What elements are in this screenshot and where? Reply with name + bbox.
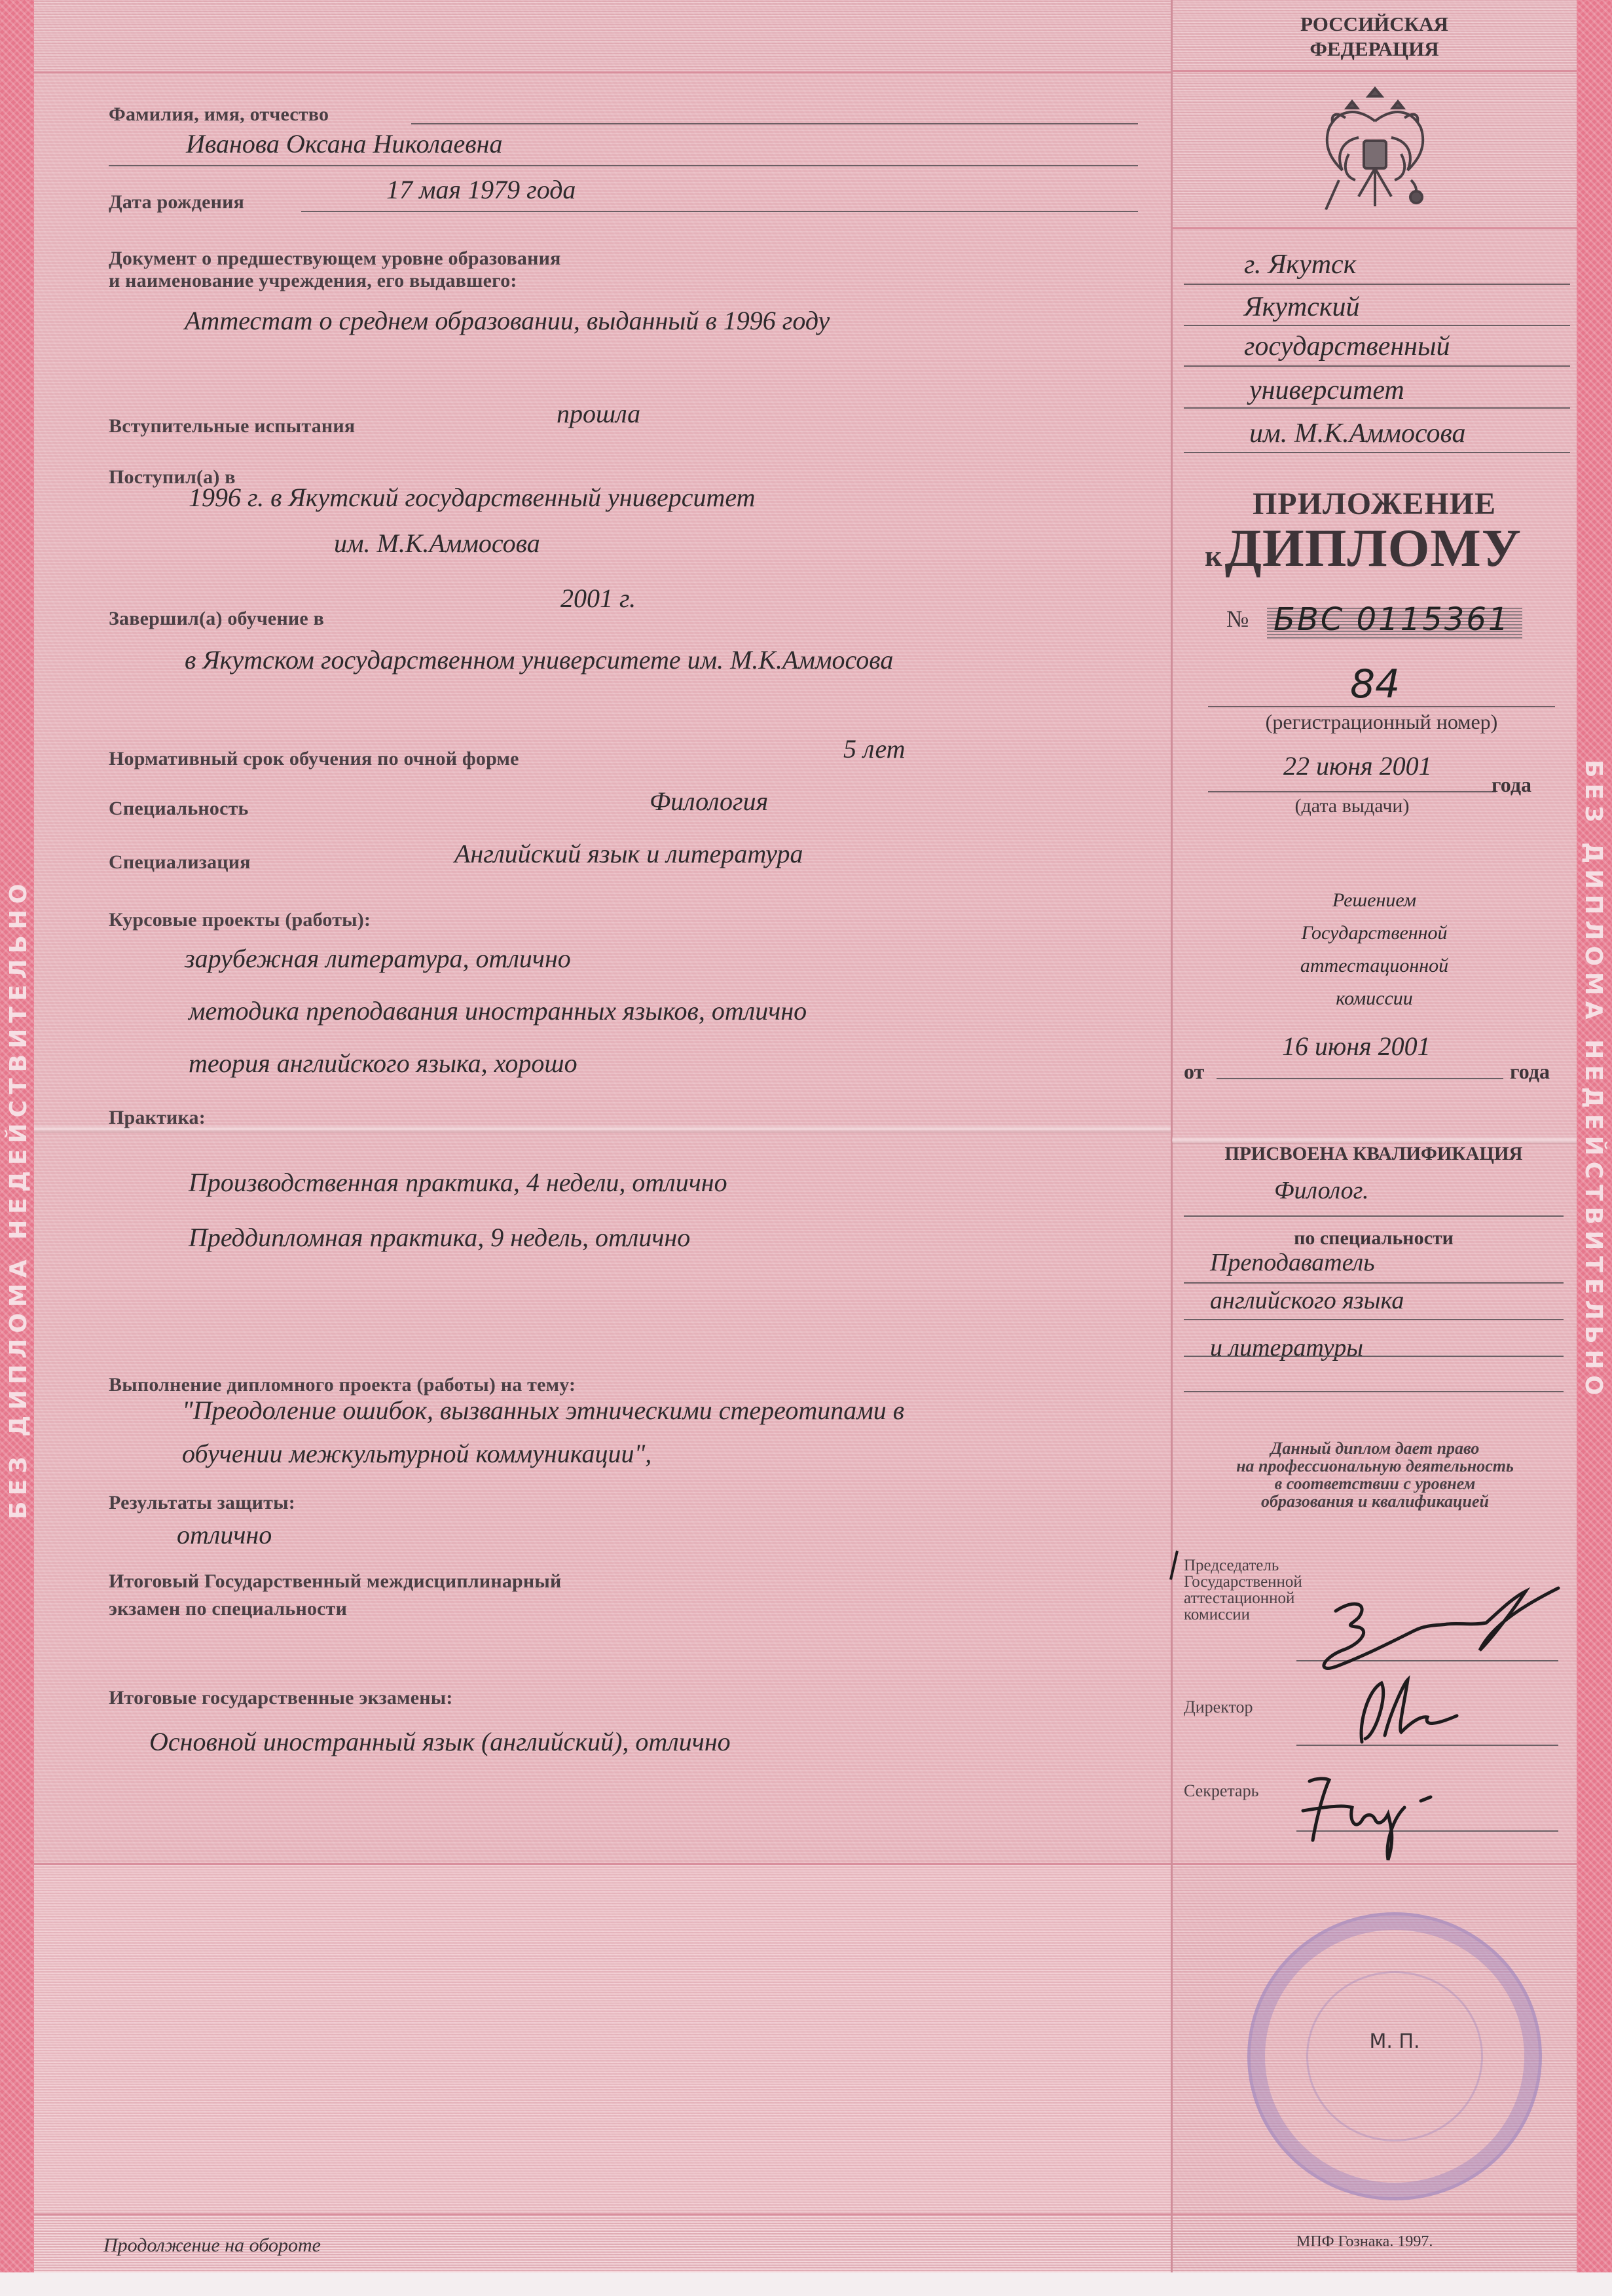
specialty-rule-3 bbox=[1184, 1356, 1564, 1357]
diploma-number: БВС 0115361 bbox=[1273, 601, 1510, 638]
seal-inner-ring bbox=[1306, 1971, 1483, 2141]
completed-label: Завершил(а) обучение в bbox=[109, 608, 324, 630]
secretary-label: Секретарь bbox=[1184, 1781, 1258, 1801]
pen-mark bbox=[1167, 1549, 1180, 1582]
registration-rule bbox=[1208, 706, 1555, 707]
study-term-label: Нормативный срок обучения по очной форме bbox=[109, 748, 519, 770]
decision-date: 16 июня 2001 bbox=[1282, 1031, 1431, 1062]
issue-date-rule bbox=[1208, 791, 1496, 792]
institution-line-4: университет bbox=[1249, 375, 1404, 406]
prior-education-value: Аттестат о среднем образовании, выданный… bbox=[185, 305, 830, 336]
decision-from-word: от bbox=[1184, 1060, 1204, 1084]
decision-line-1: Решением bbox=[1172, 884, 1577, 917]
enrolled-value-2: им. М.К.Аммосова bbox=[334, 528, 540, 559]
qualification-rule bbox=[1184, 1215, 1564, 1217]
specialty-rule-2 bbox=[1184, 1319, 1564, 1320]
entrance-exams-label: Вступительные испытания bbox=[109, 415, 355, 437]
issue-caption: (дата выдачи) bbox=[1208, 795, 1496, 817]
security-strip-right: БЕЗ ДИПЛОМА НЕДЕЙСТВИТЕЛЬНО bbox=[1577, 0, 1612, 2272]
institution-rule-2 bbox=[1184, 325, 1570, 326]
interdisciplinary-exam-label-2: экзамен по специальности bbox=[109, 1598, 347, 1620]
institution-line-2: Якутский bbox=[1244, 291, 1360, 323]
practice-item-1: Производственная практика, 4 недели, отл… bbox=[189, 1167, 727, 1198]
interdisciplinary-exam-label-1: Итоговый Государственный междисциплинарн… bbox=[109, 1570, 562, 1593]
institution-line-1: г. Якутск bbox=[1244, 249, 1356, 280]
full-name-label: Фамилия, имя, отчество bbox=[109, 103, 329, 126]
country-line-1: РОССИЙСКАЯ bbox=[1172, 12, 1577, 37]
course-project-1: зарубежная литература, отлично bbox=[185, 943, 571, 974]
decision-line-3: аттестационной bbox=[1172, 950, 1577, 982]
chairman-line-3: аттестационной bbox=[1184, 1590, 1302, 1606]
chairman-line-4: комиссии bbox=[1184, 1606, 1302, 1623]
rights-line-2: на профессиональную деятельность bbox=[1179, 1457, 1571, 1475]
specialization-label: Специализация bbox=[109, 851, 251, 874]
institution-rule-3 bbox=[1184, 365, 1570, 367]
issue-year-word: года bbox=[1492, 773, 1531, 797]
study-term-value: 5 лет bbox=[843, 733, 906, 764]
full-name-line bbox=[411, 123, 1138, 124]
title-supplement: ПРИЛОЖЕНИЕ bbox=[1172, 486, 1577, 522]
prior-education-label-2: и наименование учреждения, его выдавшего… bbox=[109, 270, 517, 292]
official-seal bbox=[1247, 1912, 1542, 2200]
title-prefix: к bbox=[1205, 539, 1222, 572]
completed-value: в Якутском государственном университете … bbox=[185, 644, 893, 675]
title-diploma: ДИПЛОМУ bbox=[1225, 518, 1522, 578]
qualified-specialty-3: и литературы bbox=[1210, 1333, 1363, 1362]
qualification-label: ПРИСВОЕНА КВАЛИФИКАЦИЯ bbox=[1184, 1143, 1564, 1165]
decision-line-4: комиссии bbox=[1172, 982, 1577, 1015]
thesis-line-2: обучении межкультурной коммуникации", bbox=[182, 1438, 651, 1469]
birth-date-value: 17 мая 1979 года bbox=[386, 174, 576, 205]
defense-result-value: отлично bbox=[177, 1519, 272, 1550]
specialty-value: Филология bbox=[650, 786, 768, 817]
qualification-value: Филолог. bbox=[1274, 1176, 1369, 1205]
institution-line-3: государственный bbox=[1244, 331, 1450, 362]
scan-margin bbox=[0, 2272, 1612, 2296]
issue-date: 22 июня 2001 bbox=[1283, 750, 1432, 781]
chairman-label: Председатель Государственной аттестацион… bbox=[1184, 1557, 1302, 1623]
birth-date-line bbox=[301, 211, 1138, 212]
rights-line-4: образования и квалификацией bbox=[1179, 1492, 1571, 1510]
strip-text-left: БЕЗ ДИПЛОМА НЕДЕЙСТВИТЕЛЬНО bbox=[5, 878, 32, 1519]
final-exams-label: Итоговые государственные экзамены: bbox=[109, 1687, 453, 1709]
entrance-exams-value: прошла bbox=[557, 398, 640, 429]
course-project-3: теория английского языка, хорошо bbox=[189, 1048, 577, 1079]
practice-label: Практика: bbox=[109, 1107, 206, 1129]
full-name-line-2 bbox=[109, 165, 1138, 166]
birth-date-label: Дата рождения bbox=[109, 191, 244, 213]
continued-overleaf-note: Продолжение на обороте bbox=[103, 2234, 321, 2257]
director-label: Директор bbox=[1184, 1697, 1253, 1717]
chairman-line-1: Председатель bbox=[1184, 1557, 1302, 1574]
number-sign: № bbox=[1226, 605, 1249, 633]
bottom-band-left bbox=[34, 1863, 1171, 2272]
country-name: РОССИЙСКАЯ ФЕДЕРАЦИЯ bbox=[1172, 12, 1577, 62]
director-signature bbox=[1349, 1670, 1499, 1749]
title-to-diploma: к ДИПЛОМУ bbox=[1205, 517, 1522, 579]
completed-year: 2001 г. bbox=[560, 583, 636, 614]
specialty-rule-4 bbox=[1184, 1391, 1564, 1392]
registration-caption: (регистрационный номер) bbox=[1208, 710, 1555, 734]
prior-education-label-1: Документ о предшествующем уровне образов… bbox=[109, 248, 561, 270]
chairman-line-2: Государственной bbox=[1184, 1574, 1302, 1590]
specialty-label: Специальность bbox=[109, 798, 249, 820]
double-headed-eagle-icon bbox=[1313, 82, 1437, 219]
institution-rule-4 bbox=[1184, 407, 1570, 409]
top-band-left bbox=[34, 0, 1171, 73]
decision-date-rule bbox=[1217, 1078, 1503, 1079]
practice-item-2: Преддипломная практика, 9 недель, отличн… bbox=[189, 1222, 690, 1253]
chairman-signature bbox=[1310, 1585, 1571, 1676]
institution-rule-1 bbox=[1184, 284, 1570, 285]
printer-imprint: МПФ Гознака. 1997. bbox=[1296, 2233, 1433, 2251]
course-project-2: методика преподавания иностранных языков… bbox=[189, 995, 807, 1026]
strip-text-right: БЕЗ ДИПЛОМА НЕДЕЙСТВИТЕЛЬНО bbox=[1580, 760, 1607, 1401]
decision-line-2: Государственной bbox=[1172, 917, 1577, 950]
rights-line-3: в соответствии с уровнем bbox=[1179, 1475, 1571, 1492]
secretary-signature bbox=[1290, 1768, 1460, 1866]
institution-rule-5 bbox=[1184, 452, 1570, 453]
country-line-2: ФЕДЕРАЦИЯ bbox=[1172, 37, 1577, 62]
full-name-value: Иванова Оксана Николаевна bbox=[186, 128, 503, 159]
seal-place-label: М. П. bbox=[1342, 2030, 1447, 2053]
qualified-specialty-1: Преподаватель bbox=[1210, 1248, 1375, 1277]
specialization-value: Английский язык и литература bbox=[454, 838, 803, 869]
thesis-line-1: "Преодоление ошибок, вызванных этнически… bbox=[182, 1395, 904, 1426]
registration-number: 84 bbox=[1350, 661, 1400, 707]
institution-line-5: им. М.К.Аммосова bbox=[1249, 418, 1465, 449]
security-strip-left: БЕЗ ДИПЛОМА НЕДЕЙСТВИТЕЛЬНО bbox=[0, 0, 34, 2272]
rights-line-1: Данный диплом дает право bbox=[1179, 1439, 1571, 1457]
thesis-label: Выполнение дипломного проекта (работы) н… bbox=[109, 1374, 576, 1396]
enrolled-value-1: 1996 г. в Якутский государственный униве… bbox=[189, 482, 756, 513]
course-projects-label: Курсовые проекты (работы): bbox=[109, 909, 371, 931]
commission-decision: Решением Государственной аттестационной … bbox=[1172, 884, 1577, 1015]
rights-statement: Данный диплом дает право на профессионал… bbox=[1179, 1439, 1571, 1510]
defense-result-label: Результаты защиты: bbox=[109, 1492, 295, 1514]
by-specialty-label: по специальности bbox=[1184, 1227, 1564, 1250]
specialty-rule-1 bbox=[1184, 1282, 1564, 1284]
decision-year-word: года bbox=[1510, 1060, 1550, 1084]
final-exams-value: Основной иностранный язык (английский), … bbox=[149, 1726, 731, 1757]
qualified-specialty-2: английского языка bbox=[1210, 1286, 1404, 1315]
